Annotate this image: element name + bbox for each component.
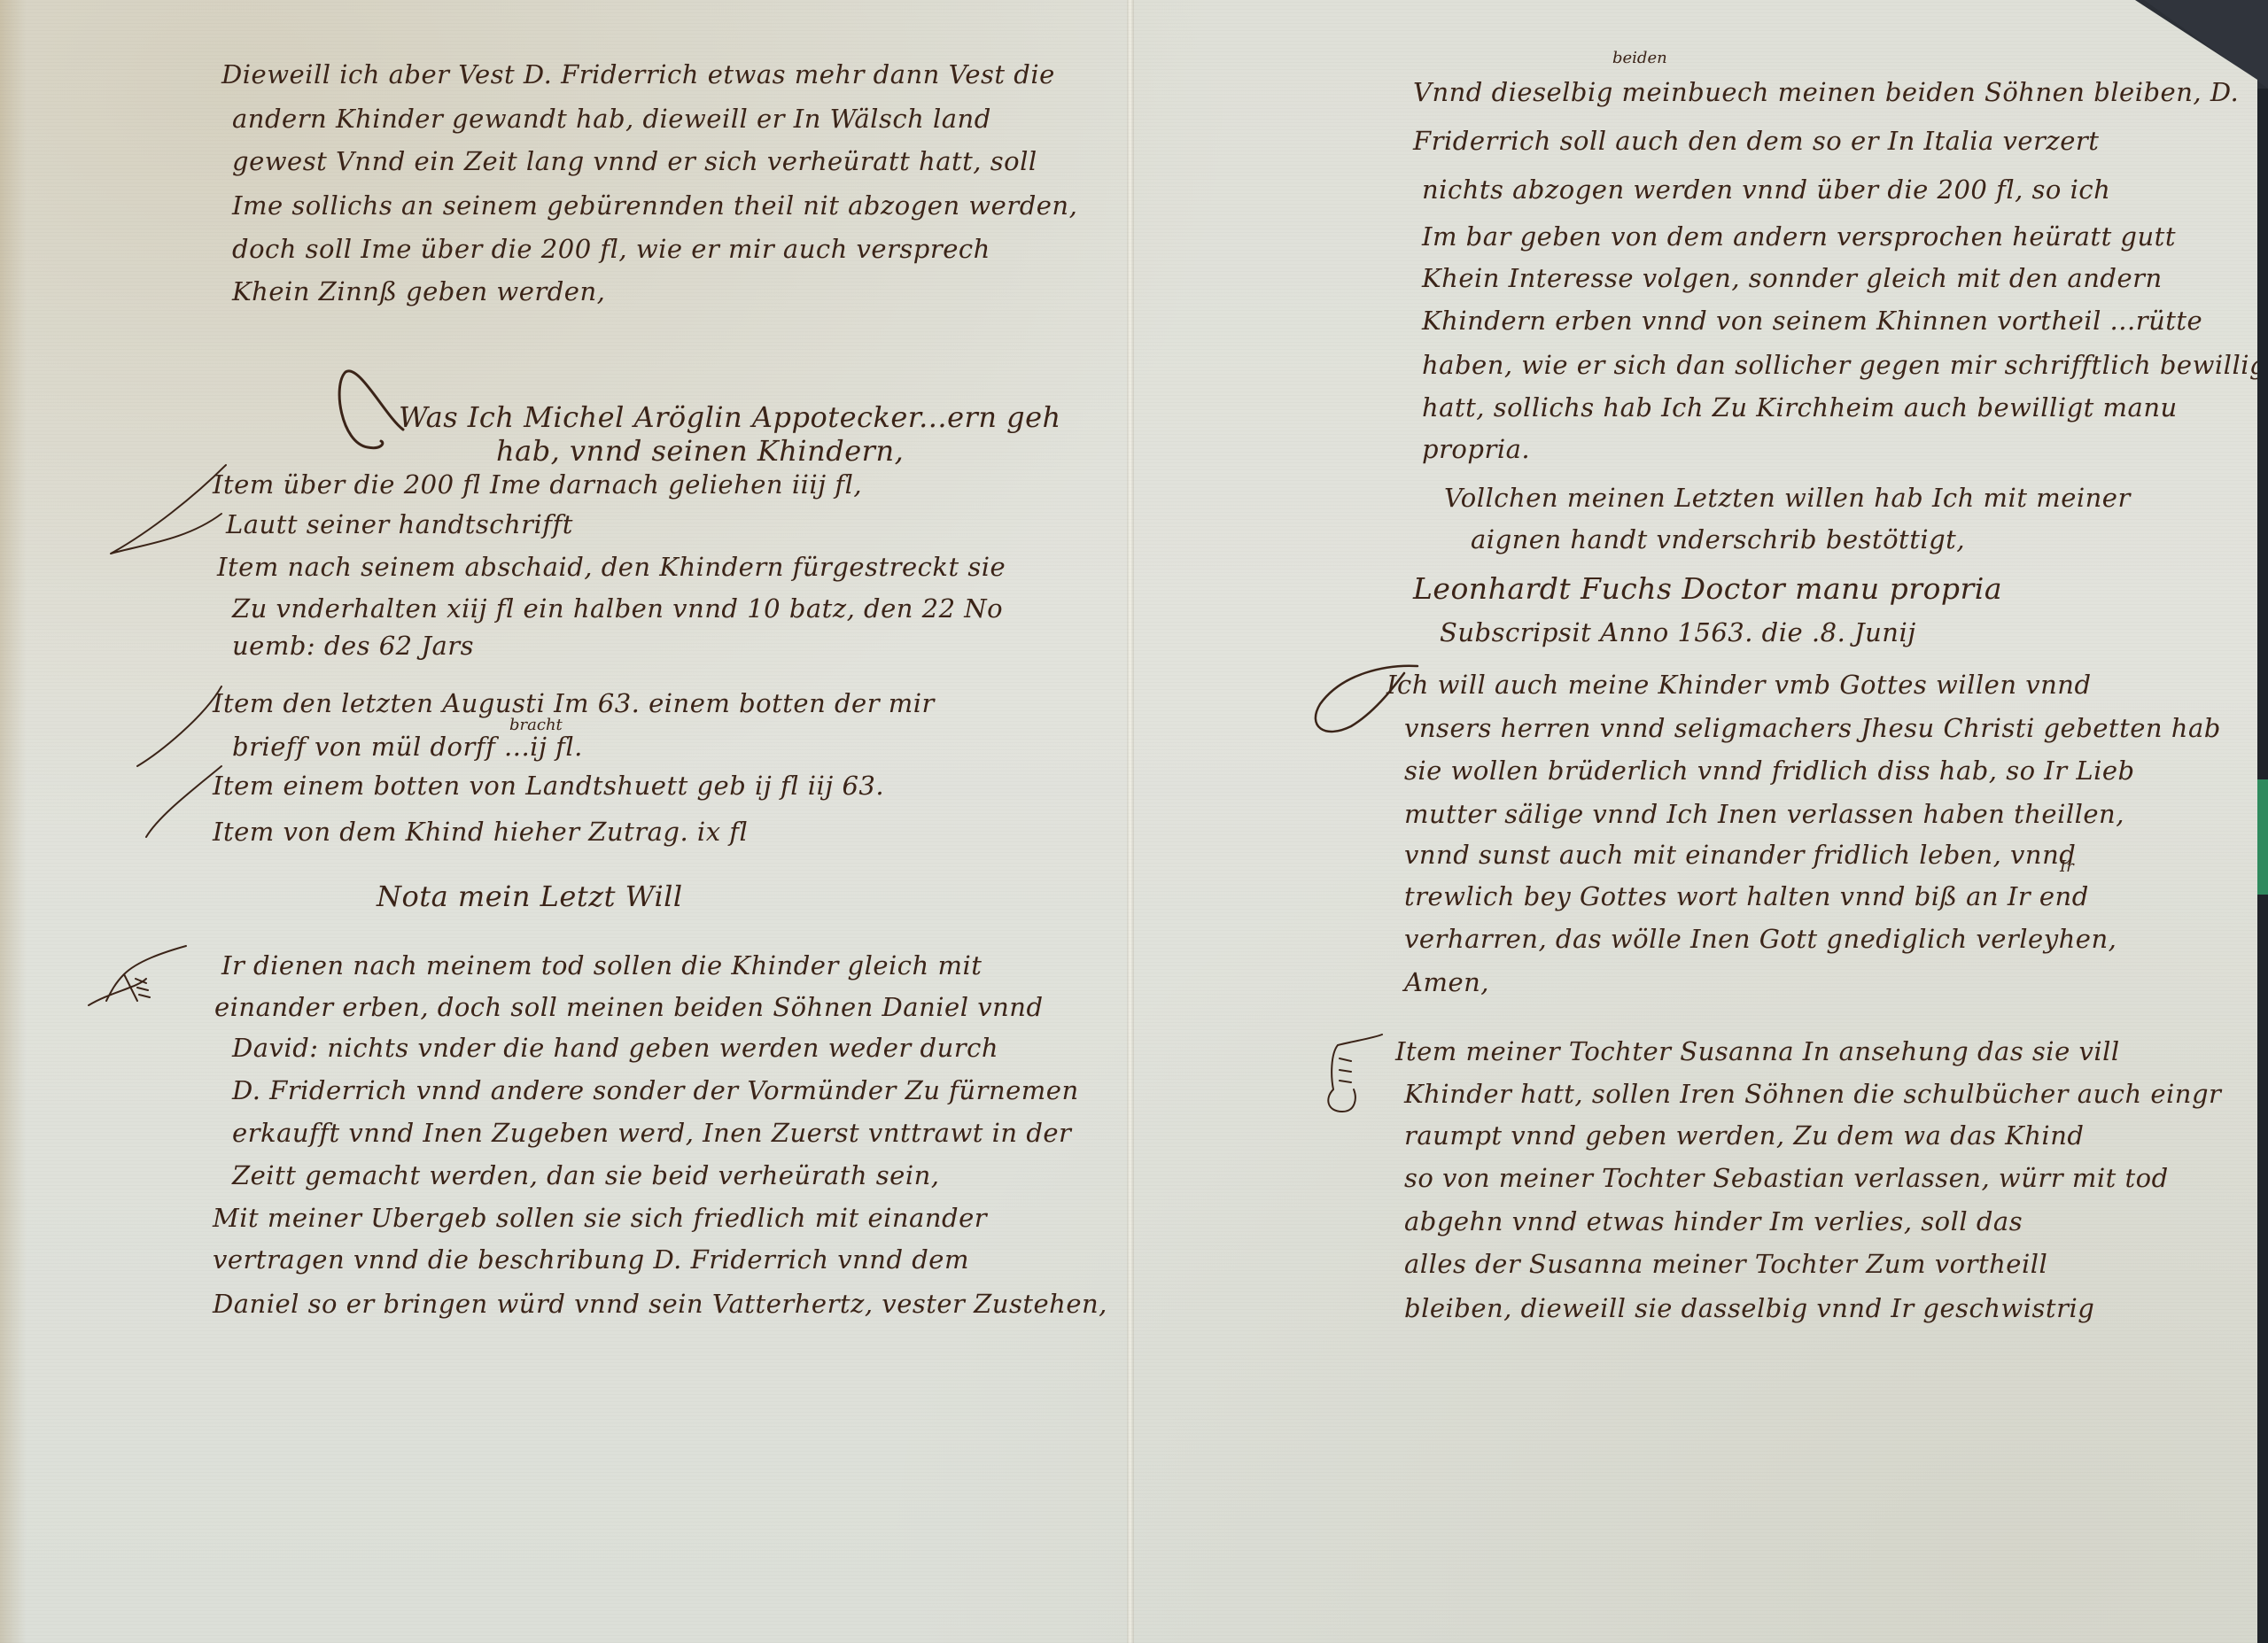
text-line: haben, wie er sich dan sollicher gegen m… — [1422, 350, 2268, 380]
text-line: Friderrich soll auch den dem so er In It… — [1413, 126, 2099, 156]
section-heading: Was Ich Michel Aröglin Appotecker...ern … — [399, 400, 1061, 434]
manicule-pointing-hand-icon — [1320, 1027, 1391, 1125]
text-line: trewlich bey Gottes wort halten vnnd biß… — [1404, 881, 2089, 911]
text-line: Mit meiner Ubergeb sollen sie sich fried… — [213, 1203, 987, 1233]
manuscript-spread: 9 Dieweill ich aber Vest D. Friderrich e… — [0, 0, 2268, 1643]
text-line: Amen, — [1404, 967, 1489, 997]
text-line: Im bar geben von dem andern versprochen … — [1422, 221, 2176, 252]
text-line: andern Khinder gewandt hab, dieweill er … — [232, 104, 991, 134]
list-item-line: Item über die 200 fl Ime darnach geliehe… — [213, 469, 862, 500]
text-line: Ir dienen nach meinem tod sollen die Khi… — [221, 950, 982, 980]
text-line: abgehn vnnd etwas hinder Im verlies, sol… — [1404, 1206, 2023, 1236]
center-fold — [1127, 0, 1134, 1643]
text-line: mutter sälige vnnd Ich Inen verlassen ha… — [1404, 799, 2124, 829]
list-item-line: Item von dem Khind hieher Zutrag. ix fl — [213, 817, 748, 847]
list-item-line: Item einem botten von Landtshuett geb ij… — [213, 771, 884, 801]
text-line: Khindern erben vnnd von seinem Khinnen v… — [1422, 306, 2202, 336]
text-line: erkaufft vnnd Inen Zugeben werd, Inen Zu… — [232, 1118, 1071, 1148]
text-line: Ich will auch meine Khinder vmb Gottes w… — [1386, 670, 2092, 700]
text-line: Daniel so er bringen würd vnnd sein Vatt… — [213, 1289, 1107, 1319]
signature: Leonhardt Fuchs Doctor manu propria — [1413, 571, 2002, 606]
text-line: verharren, das wölle Inen Gott gnediglic… — [1404, 924, 2117, 954]
text-line: vnsers herren vnnd seligmachers Jhesu Ch… — [1404, 713, 2221, 743]
text-line: Ime sollichs an seinem gebürennden theil… — [232, 190, 1077, 221]
list-item-line: uemb: des 62 Jars — [232, 631, 474, 661]
list-item-line: Item nach seinem abschaid, den Khindern … — [217, 552, 1006, 582]
text-line: doch soll Ime über die 200 fl, wie er mi… — [232, 234, 990, 264]
list-item-line: Lautt seiner handtschrifft — [226, 509, 573, 539]
text-line: so von meiner Tochter Sebastian verlasse… — [1404, 1163, 2169, 1193]
text-line: alles der Susanna meiner Tochter Zum vor… — [1404, 1249, 2047, 1279]
nota-heading: Nota mein Letzt Will — [377, 880, 683, 913]
text-line: propria. — [1422, 434, 1530, 464]
text-line: Khein Interesse volgen, sonnder gleich m… — [1422, 263, 2163, 293]
text-line: sie wollen brüderlich vnnd fridlich diss… — [1404, 756, 2135, 786]
text-line: Vnnd dieselbig meinbuech meinen beiden S… — [1413, 77, 2239, 107]
text-line: Item meiner Tochter Susanna In ansehung … — [1395, 1036, 2120, 1066]
bookmark-tab — [2257, 779, 2268, 895]
section-heading: hab, vnnd seinen Khindern, — [496, 434, 904, 468]
text-line: D. Friderrich vnnd andere sonder der Vor… — [232, 1075, 1079, 1105]
text-line: raumpt vnnd geben werden, Zu dem wa das … — [1404, 1120, 2084, 1151]
interlinear-insertion: Ir — [2060, 857, 2074, 876]
text-line: nichts abzogen werden vnnd über die 200 … — [1422, 174, 2110, 205]
text-line: Khein Zinnß geben werden, — [232, 276, 605, 306]
text-line: vnnd sunst auch mit einander fridlich le… — [1404, 840, 2076, 870]
text-line: einander erben, doch soll meinen beiden … — [214, 992, 1044, 1022]
date-line: Subscripsit Anno 1563. die .8. Junij — [1440, 617, 1916, 647]
item-flourish-icon — [106, 461, 230, 567]
paper-sheet: 9 Dieweill ich aber Vest D. Friderrich e… — [0, 0, 2257, 1643]
text-line: Khinder hatt, sollen Iren Söhnen die sch… — [1404, 1079, 2221, 1109]
attestation-line: Vollchen meinen Letzten willen hab Ich m… — [1444, 483, 2131, 513]
text-line: Zeitt gemacht werden, dan sie beid verhe… — [232, 1160, 940, 1190]
list-item-line: Zu vnderhalten xiij fl ein halben vnnd 1… — [232, 593, 1003, 624]
text-line: vertragen vnnd die beschribung D. Frider… — [213, 1244, 969, 1275]
text-line: hatt, sollichs hab Ich Zu Kirchheim auch… — [1422, 392, 2178, 422]
text-line: Dieweill ich aber Vest D. Friderrich etw… — [221, 59, 1055, 89]
attestation-line: aignen handt vnderschrib bestöttigt, — [1471, 524, 1965, 554]
list-item-line: Item den letzten Augusti Im 63. einem bo… — [213, 688, 935, 718]
text-line: gewest Vnnd ein Zeit lang vnnd er sich v… — [232, 146, 1037, 176]
text-line: David: nichts vnder die hand geben werde… — [232, 1033, 998, 1063]
list-item-line: brieff von mül dorff ...ij fl. — [232, 732, 583, 762]
manicule-pointing-hand-icon — [84, 939, 190, 1010]
interlinear-insertion: beiden — [1612, 49, 1667, 67]
text-line: bleiben, dieweill sie dasselbig vnnd Ir … — [1404, 1293, 2094, 1323]
